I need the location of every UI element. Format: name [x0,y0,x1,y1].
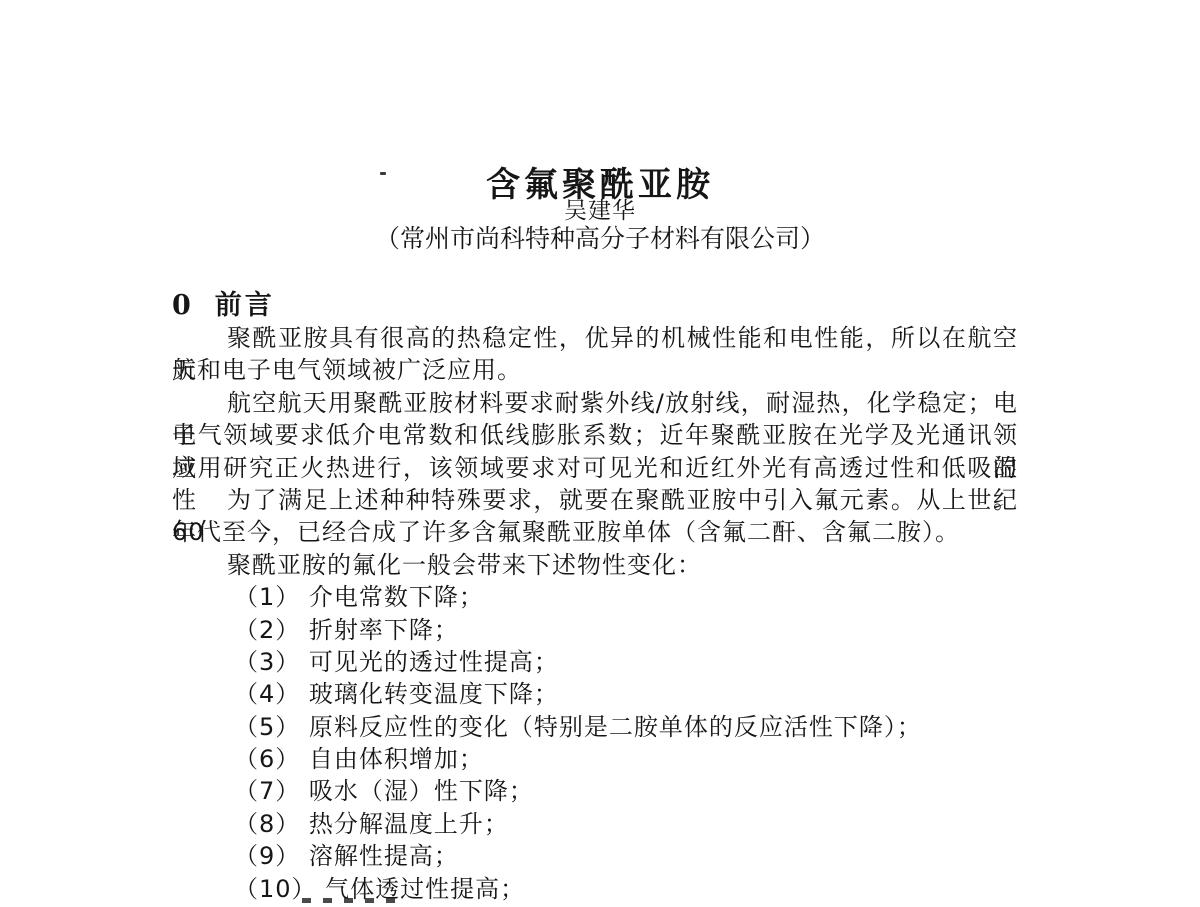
paragraph-line: 航空航天用聚酰亚胺材料要求耐紫外线/放射线，耐湿热，化学稳定；电子 [172,387,1018,419]
paragraph-line: 电气领域要求低介电常数和低线膨胀系数；近年聚酰亚胺在光学及光通讯领域的 [172,419,1018,451]
paragraph-line: 应用研究正火热进行，该领域要求对可见光和近红外光有高透过性和低吸湿性。 [172,452,1018,484]
affiliation-line: （常州市尚科特种高分子材料有限公司） [0,219,1200,255]
list-item: （3） 可见光的透过性提高； [234,646,1018,678]
list-item: （1） 介电常数下降； [234,581,1018,613]
paragraph-line: 为了满足上述种种特殊要求，就要在聚酰亚胺中引入氟元素。从上世纪 60 [172,484,1018,516]
list-item: （8） 热分解温度上升； [234,808,1018,840]
list-item: （5） 原料反应性的变化（特别是二胺单体的反应活性下降）； [234,711,1018,743]
document-body: 聚酰亚胺具有很高的热稳定性，优异的机械性能和电性能，所以在航空航 天和电子电气领… [172,322,1018,905]
list-item: （4） 玻璃化转变温度下降； [234,678,1018,710]
scanned-document-page: 含氟聚酰亚胺 吴建华 （常州市尚科特种高分子材料有限公司） 0前言 聚酰亚胺具有… [0,0,1200,907]
section-number: 0 [172,290,191,321]
list-item: （6） 自由体积增加； [234,743,1018,775]
paragraph-line: 天和电子电气领域被广泛应用。 [172,354,1018,386]
clipped-next-line [302,898,398,903]
paragraph-line: 聚酰亚胺具有很高的热稳定性，优异的机械性能和电性能，所以在航空航 [172,322,1018,354]
list-item: （7） 吸水（湿）性下降； [234,775,1018,807]
list-item: （2） 折射率下降； [234,614,1018,646]
section-title: 前言 [215,290,275,321]
paragraph-line: 年代至今，已经合成了许多含氟聚酰亚胺单体（含氟二酐、含氟二胺）。 [172,516,1018,548]
paragraph-line: 聚酰亚胺的氟化一般会带来下述物性变化： [172,549,1018,581]
section-heading: 0前言 [172,283,275,322]
list-item: （9） 溶解性提高； [234,840,1018,872]
